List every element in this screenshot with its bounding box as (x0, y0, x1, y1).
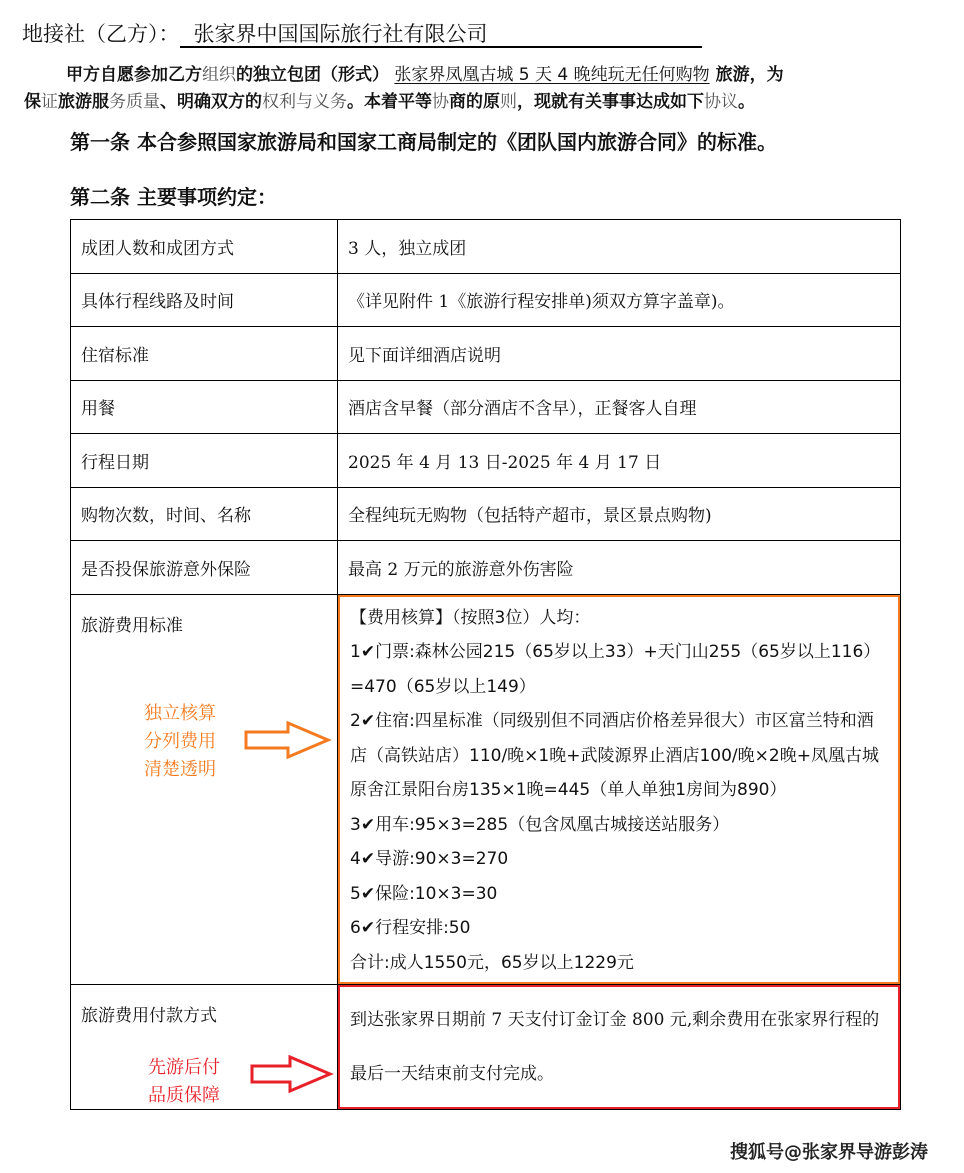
check-icon: ✔ (361, 884, 375, 904)
fee-item-text: 门票:森林公园215（65岁以上33）+天门山255（65岁以上116）=470… (350, 642, 880, 697)
row-key: 行程日期 (71, 434, 338, 488)
fee-item-num: 6 (350, 918, 361, 938)
intro-text: 旅游，为 (710, 65, 784, 85)
check-icon: ✔ (361, 815, 375, 835)
intro-text: 则 (500, 92, 517, 112)
row-key: 住宿标准 (71, 327, 338, 381)
fee-item-num: 2 (350, 711, 361, 731)
row-value: 全程纯玩无购物（包括特产超市，景区景点购物) (338, 487, 901, 541)
article-2: 第二条 主要事项约定： (70, 181, 277, 210)
intro-text: 权利与义务 (262, 92, 347, 112)
row-value: 《详见附件 1《旅游行程安排单)须双方算字盖章)。 (338, 273, 901, 327)
annotation-line: 独立核算 (144, 700, 216, 728)
fee-item: 2✔住宿:四星标准（同级别但不同酒店价格差异很大）市区富兰特和酒店（高铁站店）1… (350, 704, 890, 808)
fee-value-cell: 【费用核算】（按照3位）人均： 1✔门票:森林公园215（65岁以上33）+天门… (338, 594, 901, 985)
annotation-line: 先游后付 (148, 1054, 220, 1082)
payment-box: 到达张家界日期前 7 天支付订金订金 800 元,剩余费用在张家界行程的最后一天… (337, 984, 901, 1110)
fee-row: 旅游费用标准 【费用核算】（按照3位）人均： 1✔门票:森林公园215（65岁以… (71, 594, 901, 985)
intro-text: 的 (236, 65, 253, 85)
fee-key-cell: 旅游费用标准 (71, 594, 338, 985)
payment-key: 旅游费用付款方式 (81, 985, 327, 1026)
fee-total: 合计:成人1550元，65岁以上1229元 (350, 946, 890, 981)
fee-item-num: 3 (350, 815, 361, 835)
fee-item-text: 保险:10×3=30 (375, 884, 497, 904)
party-b-name: 张家界中国国际旅行社有限公司 (180, 22, 702, 48)
table-row: 用餐酒店含早餐（部分酒店不含早），正餐客人自理 (71, 380, 901, 434)
fee-item-text: 行程安排:50 (375, 918, 470, 938)
payment-annotation: 先游后付 品质保障 (148, 1054, 220, 1110)
intro-text: 商的原 (449, 92, 500, 112)
fee-item-num: 1 (350, 642, 361, 662)
row-value: 最高 2 万元的旅游意外伤害险 (338, 541, 901, 595)
intro-text: 。本着平等 (347, 92, 432, 112)
row-value: 见下面详细酒店说明 (338, 327, 901, 381)
route-name: 张家界凤凰古城 5 天 4 晚纯玩无任何购物 (394, 65, 709, 85)
fee-item: 6✔行程安排:50 (350, 911, 890, 946)
payment-value-cell: 到达张家界日期前 7 天支付订金订金 800 元,剩余费用在张家界行程的最后一天… (338, 985, 901, 1110)
intro-text: 保 (24, 92, 41, 112)
tour-type: 独立包团（形式） (253, 65, 389, 85)
row-value: 2025 年 4 月 13 日-2025 年 4 月 17 日 (338, 434, 901, 488)
intro-text: 旅游服 (58, 92, 109, 112)
intro-text: 证 (41, 92, 58, 112)
fee-key: 旅游费用标准 (81, 595, 327, 636)
row-value: 酒店含早餐（部分酒店不含早），正餐客人自理 (338, 380, 901, 434)
fee-item: 4✔导游:90×3=270 (350, 842, 890, 877)
table-row: 行程日期2025 年 4 月 13 日-2025 年 4 月 17 日 (71, 434, 901, 488)
intro-text: 甲方自愿参加乙方 (66, 65, 202, 85)
table-row: 是否投保旅游意外保险最高 2 万元的旅游意外伤害险 (71, 541, 901, 595)
table-row: 具体行程线路及时间《详见附件 1《旅游行程安排单)须双方算字盖章)。 (71, 273, 901, 327)
intro-text: 、明确双方的 (160, 92, 262, 112)
fee-item-text: 导游:90×3=270 (375, 849, 508, 869)
fee-item: 5✔保险:10×3=30 (350, 877, 890, 912)
row-key: 具体行程线路及时间 (71, 273, 338, 327)
article-1: 第一条 本合参照国家旅游局和国家工商局制定的《团队国内旅游合同》的标准。 (70, 126, 777, 155)
fee-item: 1✔门票:森林公园215（65岁以上33）+天门山255（65岁以上116）=4… (350, 635, 890, 704)
fee-item-text: 用车:95×3=285（包含凤凰古城接送站服务） (375, 815, 729, 835)
row-key: 用餐 (71, 380, 338, 434)
fee-item-text: 住宿:四星标准（同级别但不同酒店价格差异很大）市区富兰特和酒店（高铁站店）110… (350, 711, 879, 800)
party-b-line: 地接社（乙方）：张家界中国国际旅行社有限公司 (22, 18, 702, 48)
arrow-right-icon (244, 721, 334, 759)
row-value: 3 人，独立成团 (338, 220, 901, 274)
row-key: 成团人数和成团方式 (71, 220, 338, 274)
row-key: 购物次数，时间、名称 (71, 487, 338, 541)
fee-item-num: 4 (350, 849, 361, 869)
intro-text: 务质量 (109, 92, 160, 112)
intro-paragraph: 甲方自愿参加乙方组织的独立包团（形式） 张家界凤凰古城 5 天 4 晚纯玩无任何… (24, 62, 944, 116)
intro-text: 组织 (202, 65, 236, 85)
fee-annotation: 独立核算 分列费用 清楚透明 (144, 700, 216, 784)
annotation-line: 品质保障 (148, 1082, 220, 1110)
fee-item: 3✔用车:95×3=285（包含凤凰古城接送站服务） (350, 808, 890, 843)
check-icon: ✔ (361, 918, 375, 938)
check-icon: ✔ (361, 711, 375, 731)
table-row: 购物次数，时间、名称全程纯玩无购物（包括特产超市，景区景点购物) (71, 487, 901, 541)
intro-text: 协议 (704, 92, 738, 112)
party-b-label: 地接社（乙方）： (22, 22, 180, 46)
intro-text: 。 (738, 92, 755, 112)
table-row: 住宿标准见下面详细酒店说明 (71, 327, 901, 381)
annotation-line: 清楚透明 (144, 756, 216, 784)
terms-table: 成团人数和成团方式3 人，独立成团 具体行程线路及时间《详见附件 1《旅游行程安… (70, 219, 901, 1110)
row-key: 是否投保旅游意外保险 (71, 541, 338, 595)
annotation-line: 分列费用 (144, 728, 216, 756)
fee-breakdown-box: 【费用核算】（按照3位）人均： 1✔门票:森林公园215（65岁以上33）+天门… (337, 594, 901, 986)
intro-text: 协 (432, 92, 449, 112)
fee-header: 【费用核算】（按照3位）人均： (350, 601, 890, 636)
arrow-right-icon (250, 1055, 334, 1093)
check-icon: ✔ (361, 642, 375, 662)
intro-text: ，现就有关事事达成如下 (517, 92, 704, 112)
fee-item-num: 5 (350, 884, 361, 904)
table-row: 成团人数和成团方式3 人，独立成团 (71, 220, 901, 274)
check-icon: ✔ (361, 849, 375, 869)
watermark: 搜狐号@张家界导游彭涛 (730, 1138, 928, 1164)
